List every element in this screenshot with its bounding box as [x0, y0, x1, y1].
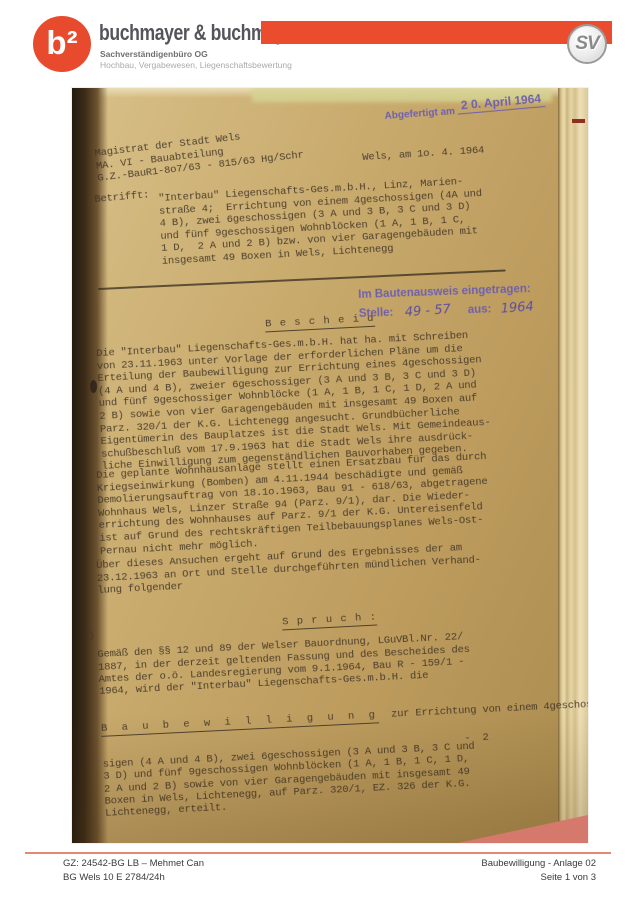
register-stamp: Im Bautenausweis eingetragen: Stelle: 49…: [358, 283, 534, 321]
company-tagline: Hochbau, Vergabewesen, Liegenschaftsbewe…: [100, 60, 292, 70]
paragraph-1: Die "Interbau" Liegenschafts-Ges.m.b.H. …: [96, 329, 492, 474]
document-date: Wels, am 1o. 4. 1964: [362, 145, 485, 165]
footer-divider-line: [25, 852, 611, 854]
subject-block: "Interbau" Liegenschafts-Ges.m.b.H., Lin…: [158, 175, 485, 268]
register-stamp-line1: Im Bautenausweis eingetragen:: [358, 283, 533, 301]
footer-left: GZ: 24542-BG LB – Mehmet Can BG Wels 10 …: [63, 857, 204, 885]
footer-page-number: Seite 1 von 3: [481, 871, 596, 885]
paragraph-2: Die geplante Wohnhausanlage stellt einen…: [96, 451, 490, 558]
sv-expert-seal-icon: SV: [567, 24, 607, 64]
aus-handwritten-value: 1964: [500, 299, 534, 316]
footer-court-reference: BG Wels 10 E 2784/24h: [63, 871, 204, 885]
red-edge-mark: [572, 119, 585, 123]
company-subtitle: Sachverständigenbüro OG: [100, 49, 208, 59]
spruch-item-marker: A): [82, 630, 95, 643]
stelle-handwritten-value: 49 - 57: [404, 302, 451, 320]
stelle-label: Stelle:: [359, 307, 394, 320]
footer-right: Baubewilligung - Anlage 02 Seite 1 von 3: [481, 857, 596, 885]
spruch-lines-before: Gemäß den §§ 12 und 89 der Welser Bauord…: [97, 625, 588, 698]
aus-label: aus:: [468, 303, 492, 316]
header-accent-bar: [261, 21, 612, 44]
staple-mark: [90, 380, 97, 393]
sender-address-block: Magistrat der Stadt WelsMA. VI - Bauabte…: [94, 125, 304, 186]
footer-attachment-label: Baubewilligung - Anlage 02: [481, 857, 596, 871]
footer-case-number: GZ: 24542-BG LB – Mehmet Can: [63, 857, 204, 871]
company-logo: b²: [33, 16, 91, 72]
logo-mark: b²: [46, 24, 77, 61]
photo-bottom-shadow: [72, 713, 588, 843]
dispatch-stamp-label: Abgefertigt am: [384, 106, 455, 122]
sv-seal-letters: SV: [575, 33, 598, 54]
register-stamp-line2: Stelle: 49 - 57 aus: 1964: [359, 300, 534, 321]
scanned-document-photo: Abgefertigt am 2 0. April 1964 Magistrat…: [72, 88, 588, 843]
